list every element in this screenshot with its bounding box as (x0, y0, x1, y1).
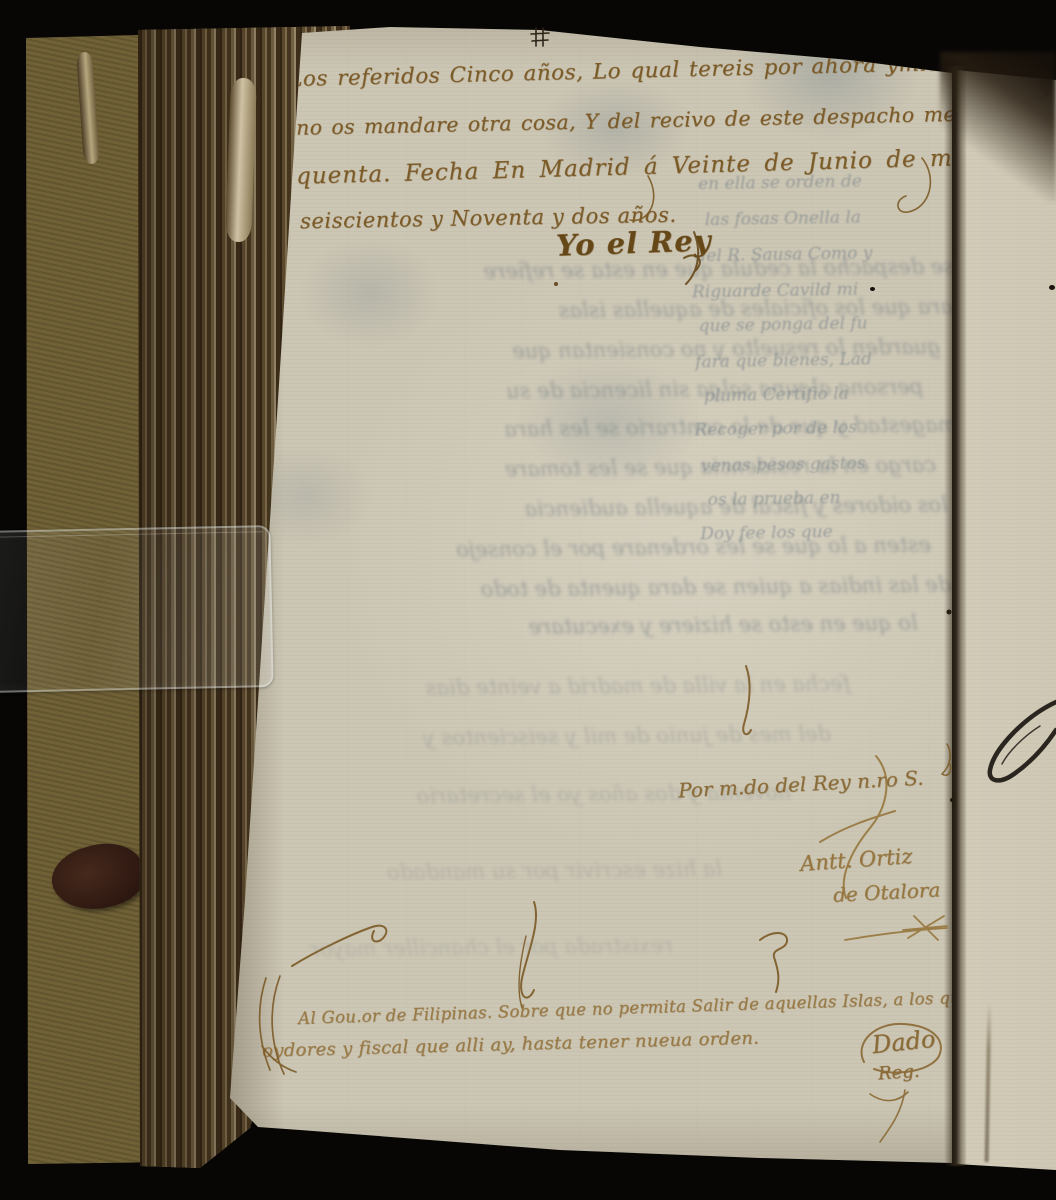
ghost-line: Riguarde Cavild mi (692, 280, 858, 303)
ghost-line: las fosas Onella la (705, 207, 861, 230)
registry-note-2: Reg. (877, 1061, 920, 1085)
ghost-line: esten a lo que se les ordenare por el co… (456, 533, 931, 562)
ghost-line: de las indias a quien se dara quenta de … (481, 572, 952, 601)
ink-speck (1049, 285, 1055, 290)
ghost-line: pluma Certifio la (704, 384, 849, 407)
ghost-line: os la prueba en (708, 488, 841, 510)
ghost-line: Recoger por de los (694, 418, 857, 441)
ghost-line: lo que en esto se hiziere y executare (528, 611, 917, 639)
ghost-line: venas pesos gastos (701, 453, 866, 476)
plastic-strip (0, 525, 274, 693)
ghost-line: fecha en la villa de madrid a veinte dia… (426, 671, 851, 699)
ghost-line: del R. Sausa Como y (695, 243, 872, 266)
ghost-line: la hize escrivir por su mandado (387, 857, 722, 885)
ghost-line: Doy fee los que (700, 522, 833, 544)
page-fold-crease (985, 1002, 992, 1162)
ghost-line: fara que bienes, Lad (695, 349, 872, 372)
royal-signature: Yo el Rey (555, 223, 712, 262)
ghost-line: que se ponga del fu (698, 313, 867, 336)
body-line-1: Los referidos Cinco años, Lo qual tereis… (288, 49, 1031, 92)
archival-manuscript-photo: se despacho la cedula que en esta se ref… (0, 0, 1056, 1200)
ghost-line: rexistrada por el chanciller mayor (309, 933, 673, 961)
bleedthrough-handwriting: se despacho la cedula que en esta se ref… (246, 254, 974, 1061)
ink-speck (554, 282, 558, 286)
ghost-line: del mes de junio de mil y seiscientos y (423, 722, 831, 750)
ink-speck (870, 287, 875, 291)
book-gutter (944, 66, 966, 1166)
corner-shadow (940, 52, 1056, 202)
